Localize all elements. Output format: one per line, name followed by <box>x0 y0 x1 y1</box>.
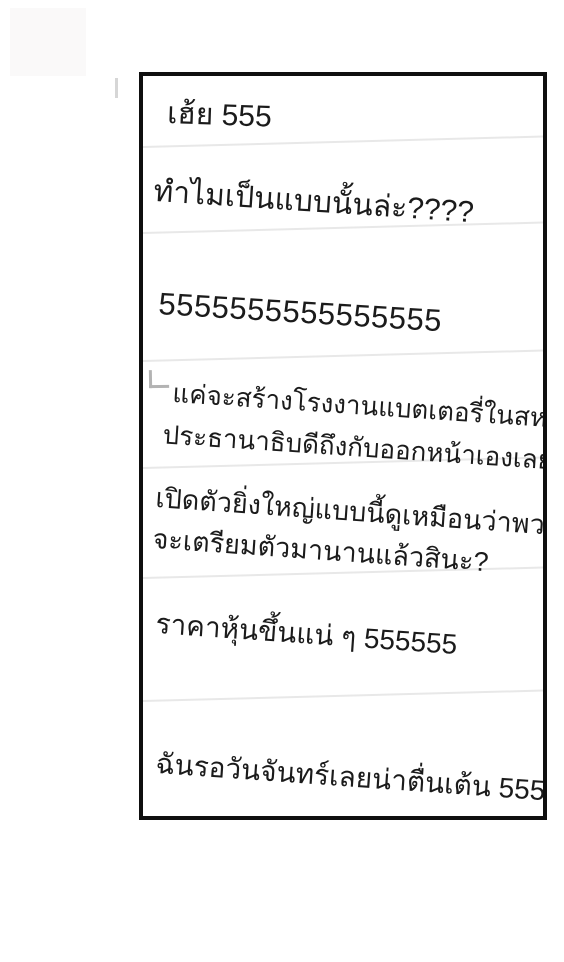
comment-row: ราคาหุ้นขึ้นแน่ ๆ 555555 <box>154 604 458 666</box>
comment-row: 5555555555555555 <box>157 282 443 344</box>
comment-separator <box>143 689 547 702</box>
scan-artifact-block <box>10 8 86 76</box>
scan-artifact-dash <box>115 78 118 98</box>
comment-text: เฮ้ย 555 <box>166 92 272 139</box>
page-background: เฮ้ย 555 ทำไมเป็นแบบนั้นล่ะ???? 55555555… <box>0 0 564 962</box>
comment-separator <box>143 349 547 362</box>
comment-row: ทำไมเป็นแบบนั้นล่ะ???? <box>152 170 475 235</box>
comment-row: ฉันรอวันจันทร์เลยน่าตื่นเต้น 5555 <box>154 744 547 813</box>
reply-corner-icon <box>149 370 169 388</box>
comment-separator <box>143 135 547 148</box>
comment-text: ราคาหุ้นขึ้นแน่ ๆ 555555 <box>154 604 458 666</box>
comment-text: ทำไมเป็นแบบนั้นล่ะ???? <box>152 170 475 235</box>
comment-row: เฮ้ย 555 <box>166 92 272 139</box>
comment-text: ฉันรอวันจันทร์เลยน่าตื่นเต้น 5555 <box>154 744 547 813</box>
comment-text: 5555555555555555 <box>157 282 443 344</box>
comment-row-reply: แค่จะสร้างโรงงานแบตเตอรี่ในสหรัฐฯ ประธาน… <box>168 372 547 485</box>
comment-panel: เฮ้ย 555 ทำไมเป็นแบบนั้นล่ะ???? 55555555… <box>139 72 547 820</box>
